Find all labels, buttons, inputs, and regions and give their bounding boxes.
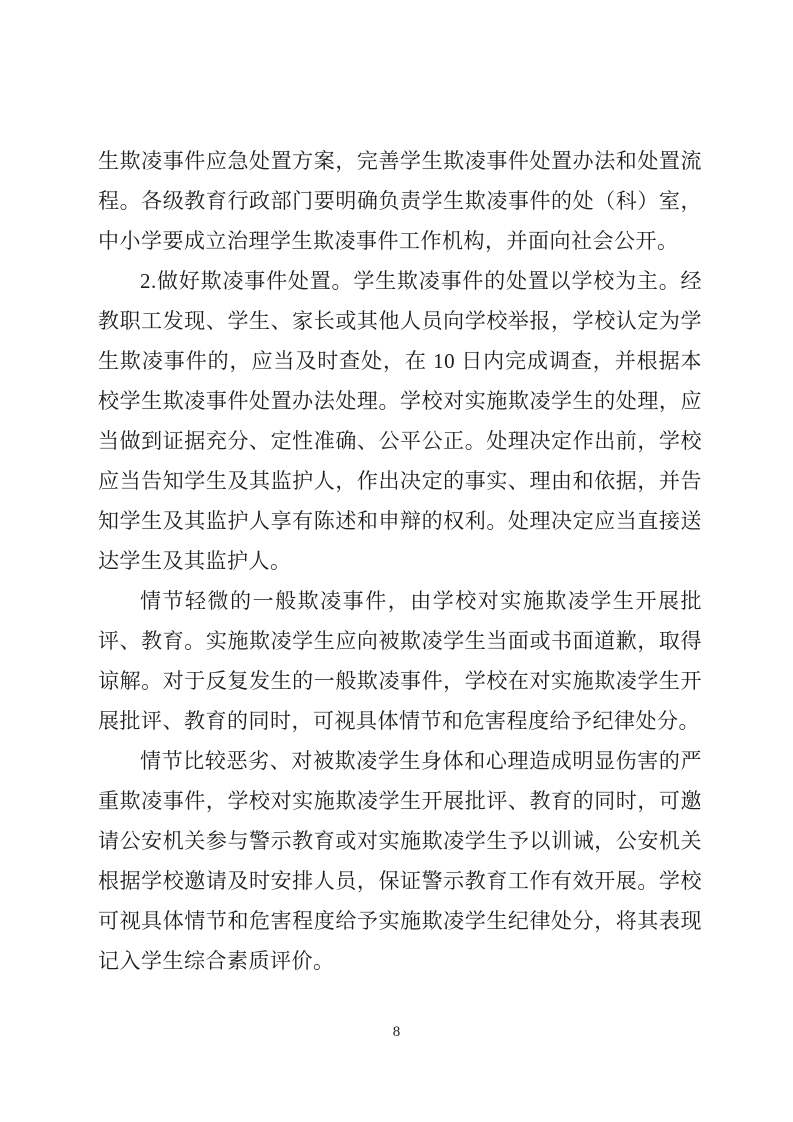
- paragraph: 情节轻微的一般欺凌事件，由学校对实施欺凌学生开展批 评、教育。实施欺凌学生应向被…: [98, 581, 702, 741]
- text-line: 可视具体情节和危害程度给予实施欺凌学生纪律处分，将其表现: [98, 901, 702, 941]
- text-line: 知学生及其监护人享有陈述和申辩的权利。处理决定应当直接送: [98, 501, 702, 541]
- paragraph: 情节比较恶劣、对被欺凌学生身体和心理造成明显伤害的严 重欺凌事件，学校对实施欺凌…: [98, 741, 702, 981]
- text-line: 校学生欺凌事件处置办法处理。学校对实施欺凌学生的处理，应: [98, 381, 702, 421]
- text-line: 评、教育。实施欺凌学生应向被欺凌学生当面或书面道歉，取得: [98, 621, 702, 661]
- document-body: 生欺凌事件应急处置方案，完善学生欺凌事件处置办法和处置流 程。各级教育行政部门要…: [98, 141, 702, 981]
- text-line: 生欺凌事件的，应当及时查处，在 10 日内完成调查，并根据本: [98, 341, 702, 381]
- text-line: 中小学要成立治理学生欺凌事件工作机构，并面向社会公开。: [98, 221, 702, 261]
- text-line: 情节轻微的一般欺凌事件，由学校对实施欺凌学生开展批: [98, 581, 702, 621]
- paragraph: 生欺凌事件应急处置方案，完善学生欺凌事件处置办法和处置流 程。各级教育行政部门要…: [98, 141, 702, 261]
- text-line: 根据学校邀请及时安排人员，保证警示教育工作有效开展。学校: [98, 861, 702, 901]
- paragraph: 2.做好欺凌事件处置。学生欺凌事件的处置以学校为主。经 教职工发现、学生、家长或…: [98, 261, 702, 581]
- text-line: 教职工发现、学生、家长或其他人员向学校举报，学校认定为学: [98, 301, 702, 341]
- text-line: 重欺凌事件，学校对实施欺凌学生开展批评、教育的同时，可邀: [98, 781, 702, 821]
- text-line: 达学生及其监护人。: [98, 541, 702, 581]
- text-line: 谅解。对于反复发生的一般欺凌事件，学校在对实施欺凌学生开: [98, 661, 702, 701]
- text-line: 请公安机关参与警示教育或对实施欺凌学生予以训诫，公安机关: [98, 821, 702, 861]
- page-number: 8: [0, 1022, 793, 1042]
- text-line: 应当告知学生及其监护人，作出决定的事实、理由和依据，并告: [98, 461, 702, 501]
- text-line: 程。各级教育行政部门要明确负责学生欺凌事件的处（科）室，: [98, 181, 702, 221]
- text-line: 情节比较恶劣、对被欺凌学生身体和心理造成明显伤害的严: [98, 741, 702, 781]
- text-line: 生欺凌事件应急处置方案，完善学生欺凌事件处置办法和处置流: [98, 141, 702, 181]
- text-line: 2.做好欺凌事件处置。学生欺凌事件的处置以学校为主。经: [98, 261, 702, 301]
- text-line: 当做到证据充分、定性准确、公平公正。处理决定作出前，学校: [98, 421, 702, 461]
- text-line: 展批评、教育的同时，可视具体情节和危害程度给予纪律处分。: [98, 701, 702, 741]
- text-line: 记入学生综合素质评价。: [98, 941, 702, 981]
